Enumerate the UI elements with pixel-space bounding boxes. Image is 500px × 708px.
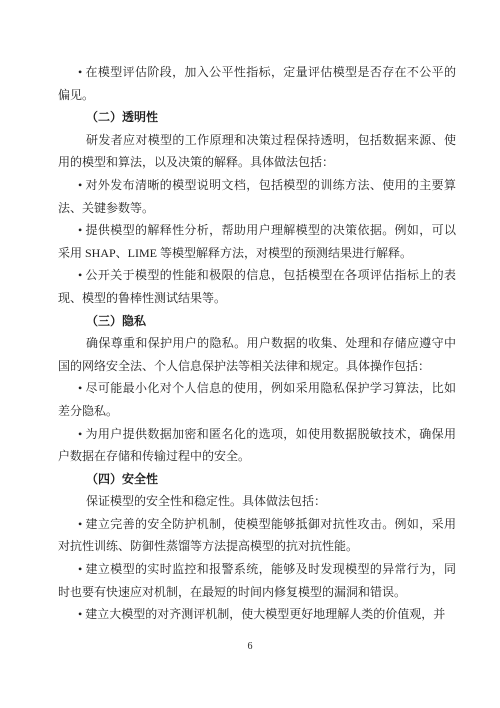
paragraph: 保证模型的安全性和稳定性。具体做法包括： [58, 490, 456, 513]
paragraph: 确保尊重和保护用户的隐私。用户数据的收集、处理和存储应遵守中国的网络安全法、个人… [58, 332, 456, 377]
bullet-item: • 在模型评估阶段，加入公平性指标，定量评估模型是否存在不公平的偏见。 [58, 61, 456, 106]
bullet-item: • 为用户提供数据加密和匿名化的选项，如使用数据脱敏技术，确保用户数据在存储和传… [58, 423, 456, 468]
bullet-item: • 对外发布清晰的模型说明文档，包括模型的训练方法、使用的主要算法、关键参数等。 [58, 174, 456, 219]
bullet-item: • 建立大模型的对齐测评机制，使大模型更好地理解人类的价值观，并 [58, 603, 456, 626]
bullet-item: • 建立完善的安全防护机制，使模型能够抵御对抗性攻击。例如，采用对抗性训练、防御… [58, 513, 456, 558]
section-heading: （三）隐私 [58, 310, 456, 333]
bullet-item: • 建立模型的实时监控和报警系统，能够及时发现模型的异常行为，同时也要有快速应对… [58, 558, 456, 603]
bullet-item: • 公开关于模型的性能和极限的信息，包括模型在各项评估指标上的表现、模型的鲁棒性… [58, 264, 456, 309]
document-page: • 在模型评估阶段，加入公平性指标，定量评估模型是否存在不公平的偏见。 （二）透… [0, 0, 500, 708]
section-heading: （二）透明性 [58, 106, 456, 129]
page-number: 6 [0, 641, 500, 652]
section-heading: （四）安全性 [58, 468, 456, 491]
bullet-item: • 尽可能最小化对个人信息的使用，例如采用隐私保护学习算法，比如差分隐私。 [58, 377, 456, 422]
bullet-item: • 提供模型的解释性分析，帮助用户理解模型的决策依据。例如，可以采用 SHAP、… [58, 219, 456, 264]
document-body: • 在模型评估阶段，加入公平性指标，定量评估模型是否存在不公平的偏见。 （二）透… [58, 61, 456, 626]
paragraph: 研发者应对模型的工作原理和决策过程保持透明，包括数据来源、使用的模型和算法，以及… [58, 129, 456, 174]
